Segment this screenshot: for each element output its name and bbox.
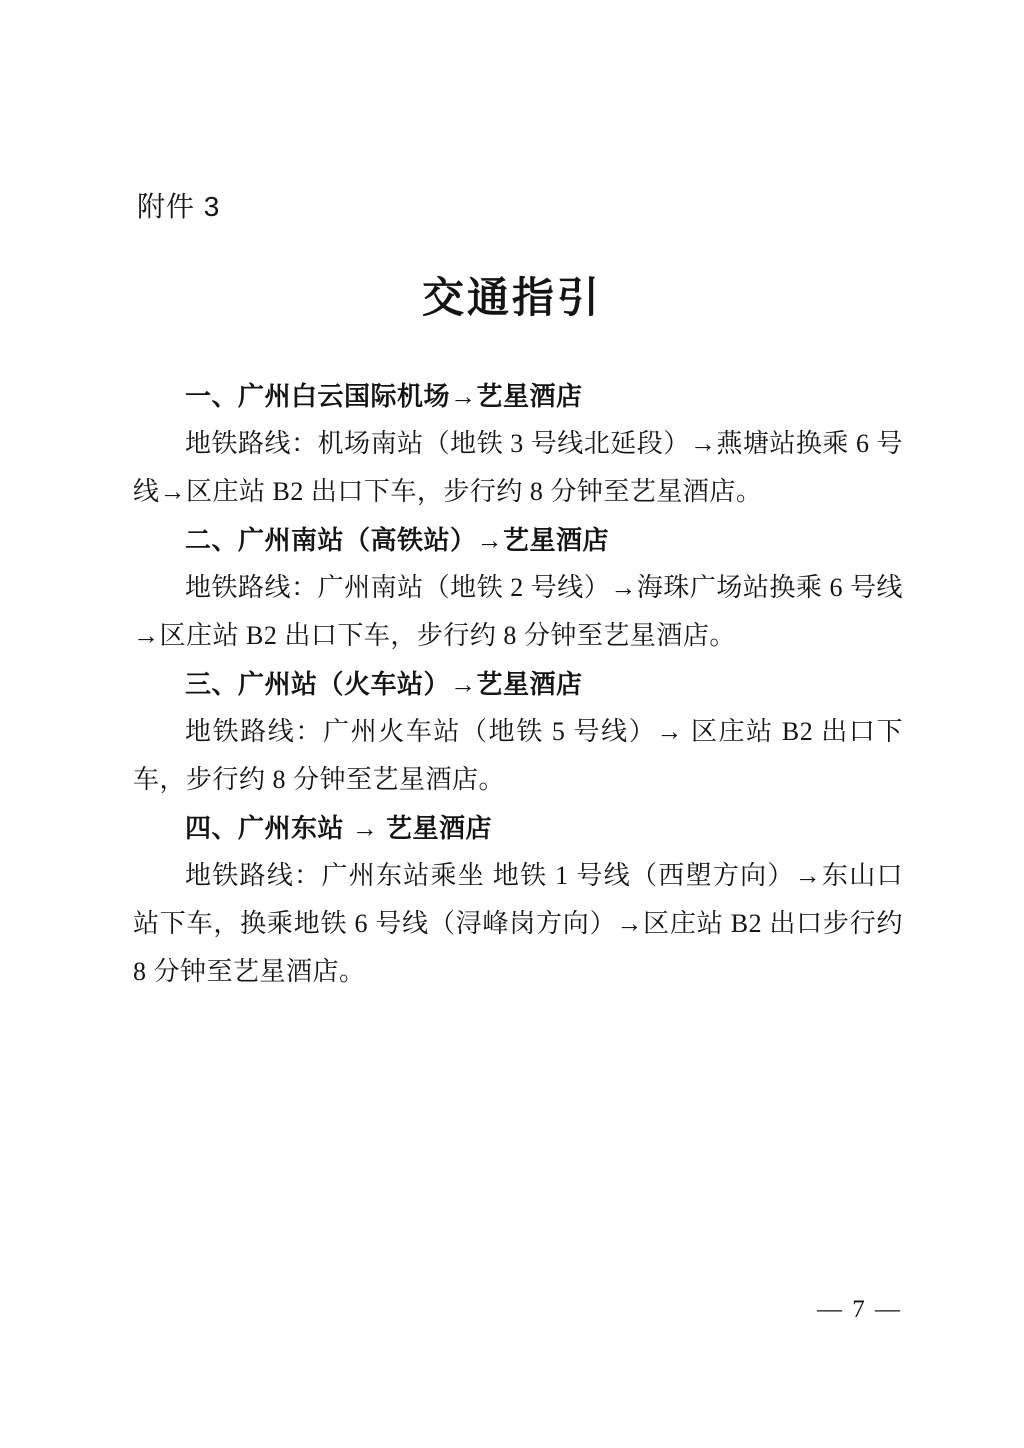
route-section-south-station: 二、广州南站（高铁站）→艺星酒店 地铁路线：广州南站（地铁 2 号线）→海珠广场… <box>133 516 903 660</box>
route-section-railway-station: 三、广州站（火车站）→艺星酒店 地铁路线：广州火车站（地铁 5 号线）→ 区庄站… <box>133 660 903 804</box>
route-section-body: 地铁路线：机场南站（地铁 3 号线北延段）→燕塘站换乘 6 号线→区庄站 B2 … <box>133 420 903 516</box>
route-section-east-station: 四、广州东站 → 艺星酒店 地铁路线：广州东站乘坐 地铁 1 号线（西塱方向）→… <box>133 804 903 996</box>
route-section-heading: 一、广州白云国际机场→艺星酒店 <box>133 372 903 420</box>
route-section-heading: 二、广州南站（高铁站）→艺星酒店 <box>133 516 903 564</box>
attachment-label: 附件 3 <box>137 190 220 224</box>
document-body: 一、广州白云国际机场→艺星酒店 地铁路线：机场南站（地铁 3 号线北延段）→燕塘… <box>133 372 903 996</box>
document-page: 附件 3 交通指引 一、广州白云国际机场→艺星酒店 地铁路线：机场南站（地铁 3… <box>0 0 1024 1448</box>
route-section-heading: 三、广州站（火车站）→艺星酒店 <box>133 660 903 708</box>
route-section-body: 地铁路线：广州火车站（地铁 5 号线）→ 区庄站 B2 出口下车，步行约 8 分… <box>133 708 903 804</box>
route-section-heading: 四、广州东站 → 艺星酒店 <box>133 804 903 852</box>
route-section-body: 地铁路线：广州南站（地铁 2 号线）→海珠广场站换乘 6 号线→区庄站 B2 出… <box>133 564 903 660</box>
page-title: 交通指引 <box>0 274 1024 324</box>
route-section-body: 地铁路线：广州东站乘坐 地铁 1 号线（西塱方向）→东山口站下车，换乘地铁 6 … <box>133 852 903 996</box>
route-section-airport: 一、广州白云国际机场→艺星酒店 地铁路线：机场南站（地铁 3 号线北延段）→燕塘… <box>133 372 903 516</box>
page-number: — 7 — <box>817 1295 902 1325</box>
